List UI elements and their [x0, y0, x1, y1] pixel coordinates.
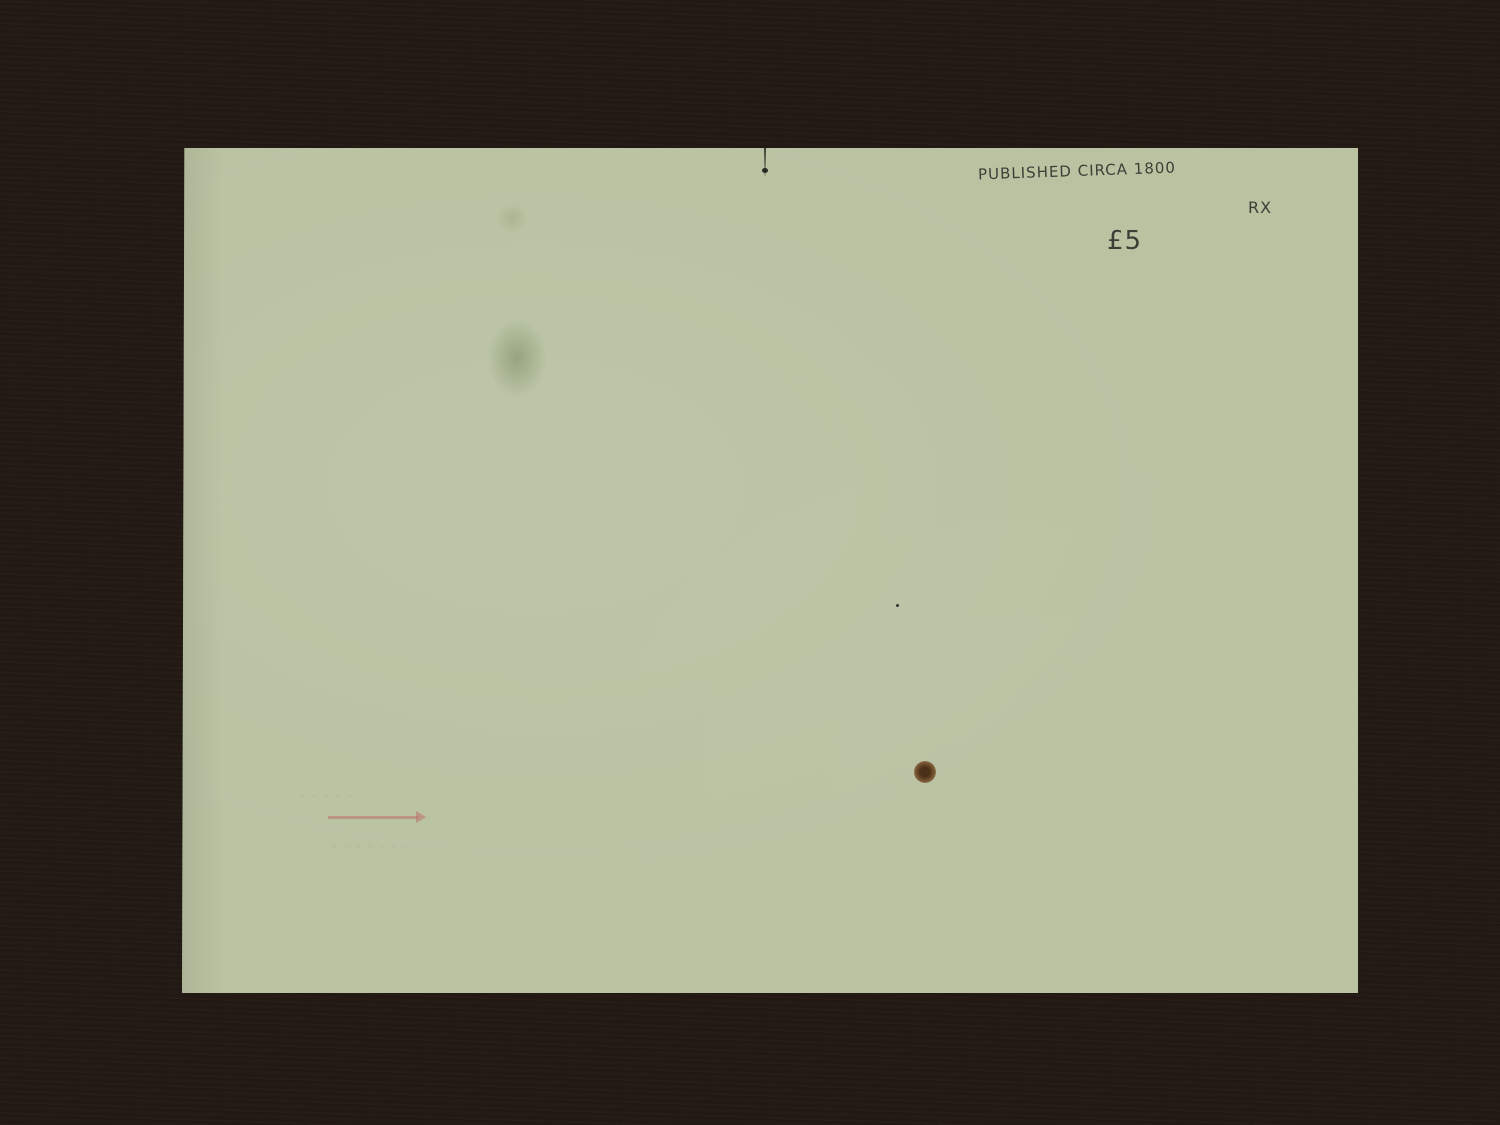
pencil-note-published: PUBLISHED CIRCA 1800 [978, 159, 1176, 184]
brown-stain [914, 761, 936, 783]
faint-red-marking: · · · · · [300, 788, 354, 803]
pencil-note-price: £5 [1107, 226, 1142, 256]
paper-edge-shading [182, 148, 222, 993]
faint-red-marking: · · · · · · · [332, 838, 410, 853]
wooden-table-surface: PUBLISHED CIRCA 1800 £5 RX · · · · · · ·… [0, 0, 1500, 1125]
paper-tear-mark [762, 168, 768, 173]
smudge-mark [497, 203, 527, 233]
paper-sheet: PUBLISHED CIRCA 1800 £5 RX · · · · · · ·… [182, 148, 1358, 993]
pencil-note-code: RX [1248, 198, 1272, 217]
fingerprint-smudge [487, 318, 547, 398]
red-arrow-mark [328, 816, 418, 819]
ink-dot [896, 604, 899, 607]
